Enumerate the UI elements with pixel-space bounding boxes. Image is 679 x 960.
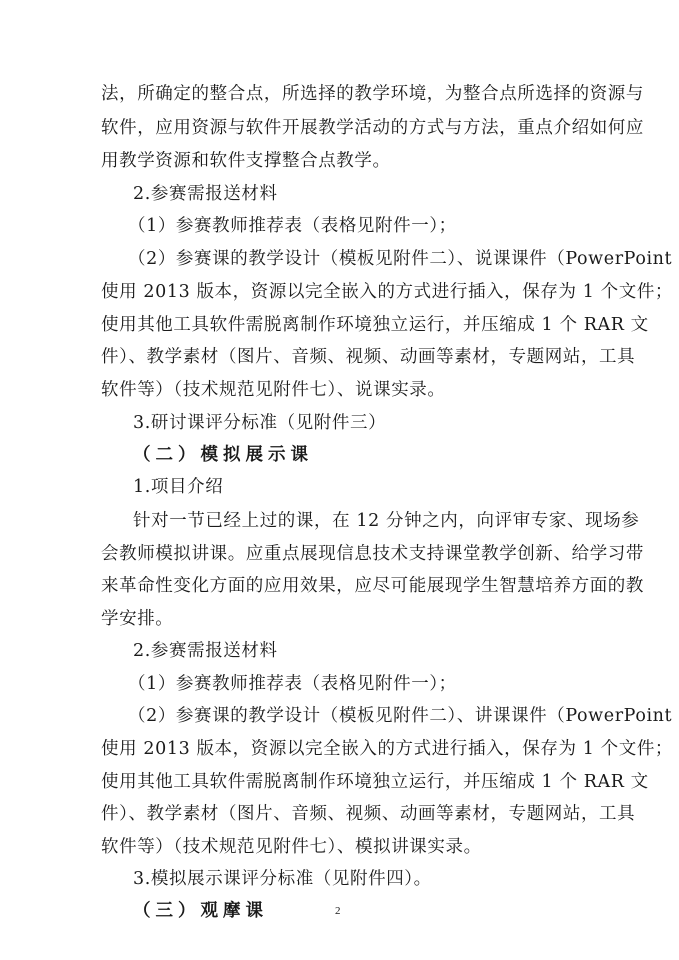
body-text-line: 使用其他工具软件需脱离制作环境独立运行，并压缩成 1 个 RAR 文 — [101, 314, 587, 336]
body-text-line: 件）、教学素材（图片、音频、视频、动画等素材，专题网站，工具 — [101, 803, 587, 825]
body-text-line: 软件等）（技术规范见附件七）、模拟讲课实录。 — [101, 836, 587, 858]
body-text-line: 软件等）（技术规范见附件七）、说课实录。 — [101, 379, 587, 401]
subheading-materials: 2.参赛需报送材料 — [133, 640, 278, 662]
list-item: （2）参赛课的教学设计（模板见附件二）、讲课课件（PowerPoint — [128, 705, 587, 727]
document-page: 法，所确定的整合点，所选择的教学环境，为整合点所选择的资源与 软件，应用资源与软… — [0, 0, 679, 960]
subheading-materials: 2.参赛需报送材料 — [133, 183, 278, 205]
body-text-line: 会教师模拟讲课。应重点展现信息技术支持课堂教学创新、给学习带 — [101, 543, 587, 565]
section-heading: （三）观摩课 — [133, 900, 268, 922]
subheading-scoring: 3.研讨课评分标准（见附件三） — [133, 412, 386, 434]
page-number: 2 — [335, 905, 341, 917]
list-item: （2）参赛课的教学设计（模板见附件二）、说课课件（PowerPoint — [128, 248, 587, 270]
body-text-line: 法，所确定的整合点，所选择的教学环境，为整合点所选择的资源与 — [101, 83, 587, 105]
body-text-line: 针对一节已经上过的课，在 12 分钟之内，向评审专家、现场参 — [133, 510, 587, 532]
body-text-line: 学安排。 — [101, 608, 587, 630]
list-item: （1）参赛教师推荐表（表格见附件一）； — [128, 215, 614, 237]
subheading-intro: 1.项目介绍 — [133, 476, 223, 498]
body-text-line: 件）、教学素材（图片、音频、视频、动画等素材，专题网站，工具 — [101, 346, 587, 368]
section-heading: （二）模拟展示课 — [133, 444, 313, 466]
body-text-line: 使用 2013 版本，资源以完全嵌入的方式进行插入，保存为 1 个文件； — [101, 281, 587, 303]
body-text-line: 来革命性变化方面的应用效果，应尽可能展现学生智慧培养方面的教 — [101, 575, 587, 597]
body-text-line: 使用其他工具软件需脱离制作环境独立运行，并压缩成 1 个 RAR 文 — [101, 771, 587, 793]
body-text-line: 使用 2013 版本，资源以完全嵌入的方式进行插入，保存为 1 个文件； — [101, 738, 587, 760]
subheading-scoring: 3.模拟展示课评分标准（见附件四）。 — [133, 868, 432, 890]
body-text-line: 软件，应用资源与软件开展教学活动的方式与方法，重点介绍如何应 — [101, 117, 587, 139]
list-item: （1）参赛教师推荐表（表格见附件一）； — [128, 673, 614, 695]
body-text-line: 用教学资源和软件支撑整合点教学。 — [101, 150, 587, 172]
